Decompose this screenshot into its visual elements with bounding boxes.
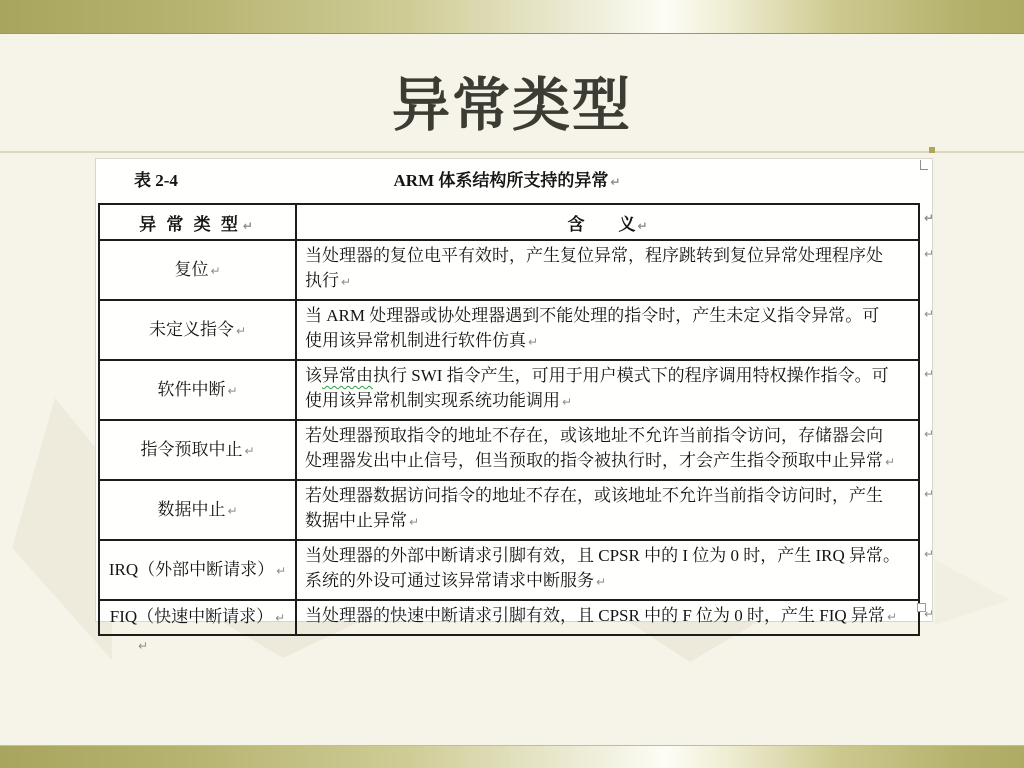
exception-meaning-text: 若处理器预取指令的地址不存在，或该地址不允许当前指令访问，存储器会向 (305, 426, 883, 445)
after-table-paragraph: ↵ (136, 639, 932, 655)
slide: 异常类型 表 2-4 ARM 体系结构所支持的异常↵ 异 常 类 型↵ 含 义↵… (0, 0, 1024, 768)
exception-type-cell: 复位↵ (99, 240, 296, 300)
paragraph-mark-icon: ↵ (528, 335, 538, 349)
exception-type-cell: FIQ（快速中断请求）↵ (99, 600, 296, 635)
exception-meaning-text: 系统的外设可通过该异常请求中断服务 (305, 571, 594, 590)
row-end-mark-cell: ↵ (919, 300, 933, 360)
exception-type-cell: IRQ（外部中断请求）↵ (99, 540, 296, 600)
exception-type-text: IRQ（外部中断请求） (109, 560, 274, 579)
exception-meaning-text: 执行 SWI 指令产生，可用于用户模式下的程序调用特权操作指令。可 (373, 366, 889, 385)
exception-type-text: 指令预取中止 (140, 440, 242, 459)
paragraph-mark-icon: ↵ (341, 275, 351, 289)
paragraph-mark-icon: ↵ (244, 444, 254, 458)
row-end-mark-icon: ↵ (924, 547, 934, 561)
table-caption-title-text: ARM 体系结构所支持的异常 (394, 171, 609, 190)
row-end-mark-icon: ↵ (924, 211, 934, 225)
paragraph-mark-icon: ↵ (887, 610, 897, 624)
exception-type-cell: 指令预取中止↵ (99, 420, 296, 480)
exception-meaning-cell: 该异常由执行 SWI 指令产生，可用于用户模式下的程序调用特权操作指令。可使用该… (296, 360, 919, 420)
table-row: FIQ（快速中断请求）↵当处理器的快速中断请求引脚有效，且 CPSR 中的 F … (99, 600, 933, 635)
exception-type-text: 软件中断 (157, 380, 225, 399)
paragraph-mark-icon: ↵ (610, 175, 620, 189)
word-document-screenshot: 表 2-4 ARM 体系结构所支持的异常↵ 异 常 类 型↵ 含 义↵ ↵ 复位… (95, 158, 933, 622)
column-header-type-text: 异 常 类 型 (139, 215, 241, 234)
row-end-mark-icon: ↵ (924, 247, 934, 261)
exception-type-text: 未定义指令 (149, 320, 234, 339)
bottom-accent-bar (0, 745, 1024, 768)
exception-meaning-text: 异常由 (322, 366, 373, 385)
paragraph-mark-icon: ↵ (409, 515, 419, 529)
table-row: 未定义指令↵当 ARM 处理器或协处理器遇到不能处理的指令时，产生未定义指令异常… (99, 300, 933, 360)
paragraph-mark-icon: ↵ (885, 455, 895, 469)
exception-type-text: 复位 (174, 260, 208, 279)
row-end-mark-cell: ↵ (919, 360, 933, 420)
table-row: 软件中断↵该异常由执行 SWI 指令产生，可用于用户模式下的程序调用特权操作指令… (99, 360, 933, 420)
exception-type-text: FIQ（快速中断请求） (110, 607, 273, 626)
exception-meaning-text: 当处理器的外部中断请求引脚有效，且 CPSR 中的 I 位为 0 时，产生 IR… (305, 546, 900, 565)
exception-meaning-cell: 当 ARM 处理器或协处理器遇到不能处理的指令时，产生未定义指令异常。可使用该异… (296, 300, 919, 360)
exception-meaning-cell: 若处理器预取指令的地址不存在，或该地址不允许当前指令访问，存储器会向处理器发出中… (296, 420, 919, 480)
table-caption: 表 2-4 ARM 体系结构所支持的异常↵ (96, 159, 932, 203)
column-header-meaning-text: 含 义 (567, 215, 635, 234)
exception-meaning-text: 使用该异常机制进行软件仿真 (305, 331, 526, 350)
table-row: 复位↵当处理器的复位电平有效时，产生复位异常，程序跳转到复位异常处理程序处执行↵… (99, 240, 933, 300)
top-accent-bar (0, 0, 1024, 34)
exception-type-text: 数据中止 (157, 500, 225, 519)
exception-meaning-text: 该 (305, 366, 322, 385)
exception-meaning-cell: 当处理器的外部中断请求引脚有效，且 CPSR 中的 I 位为 0 时，产生 IR… (296, 540, 919, 600)
table-row: 指令预取中止↵若处理器预取指令的地址不存在，或该地址不允许当前指令访问，存储器会… (99, 420, 933, 480)
exception-type-cell: 数据中止↵ (99, 480, 296, 540)
paragraph-mark-icon: ↵ (227, 384, 237, 398)
paragraph-mark-icon: ↵ (236, 324, 246, 338)
row-end-mark-cell: ↵ (919, 540, 933, 600)
exception-meaning-text: 若处理器数据访问指令的地址不存在，或该地址不允许当前指令访问时，产生 (305, 486, 883, 505)
arm-exceptions-table: 异 常 类 型↵ 含 义↵ ↵ 复位↵当处理器的复位电平有效时，产生复位异常，程… (98, 203, 934, 636)
row-end-mark-cell: ↵ (919, 204, 933, 240)
row-end-mark-icon: ↵ (924, 367, 934, 381)
exception-meaning-text: 当 ARM 处理器或协处理器遇到不能处理的指令时，产生未定义指令异常。可 (305, 306, 879, 325)
row-end-mark-cell: ↵ (919, 480, 933, 540)
exception-meaning-text: 数据中止异常 (305, 511, 407, 530)
exception-meaning-text: 处理器发出中止信号，但当预取的指令被执行时，才会产生指令预取中止异常 (305, 451, 883, 470)
row-end-mark-cell: ↵ (919, 240, 933, 300)
paragraph-mark-icon: ↵ (227, 504, 237, 518)
row-end-mark-cell: ↵ (919, 420, 933, 480)
paragraph-mark-icon: ↵ (276, 564, 286, 578)
row-end-mark-icon: ↵ (924, 487, 934, 501)
exception-meaning-cell: 当处理器的复位电平有效时，产生复位异常，程序跳转到复位异常处理程序处执行↵ (296, 240, 919, 300)
table-caption-title: ARM 体系结构所支持的异常↵ (96, 159, 918, 204)
paragraph-mark-icon: ↵ (596, 575, 606, 589)
row-end-mark-icon: ↵ (924, 307, 934, 321)
exception-meaning-text: 当处理器的快速中断请求引脚有效，且 CPSR 中的 F 位为 0 时，产生 FI… (305, 606, 885, 625)
exception-type-cell: 未定义指令↵ (99, 300, 296, 360)
paragraph-mark-icon: ↵ (562, 395, 572, 409)
title-divider (0, 151, 1024, 153)
divider-end-mark (929, 147, 935, 153)
exception-type-cell: 软件中断↵ (99, 360, 296, 420)
paragraph-mark-icon: ↵ (275, 611, 285, 625)
resize-handle-mark (917, 603, 926, 612)
paragraph-mark-icon: ↵ (637, 219, 647, 233)
row-end-mark-icon: ↵ (924, 427, 934, 441)
slide-title: 异常类型 (0, 58, 1024, 142)
exception-meaning-text: 当处理器的复位电平有效时，产生复位异常，程序跳转到复位异常处理程序处 (305, 246, 883, 265)
exception-meaning-cell: 当处理器的快速中断请求引脚有效，且 CPSR 中的 F 位为 0 时，产生 FI… (296, 600, 919, 635)
table-row: 数据中止↵若处理器数据访问指令的地址不存在，或该地址不允许当前指令访问时，产生数… (99, 480, 933, 540)
paragraph-mark-icon: ↵ (210, 264, 220, 278)
exception-meaning-text: 使用该异常机制实现系统功能调用 (305, 391, 560, 410)
paragraph-mark-icon: ↵ (243, 219, 256, 233)
table-row: IRQ（外部中断请求）↵当处理器的外部中断请求引脚有效，且 CPSR 中的 I … (99, 540, 933, 600)
paragraph-mark-icon: ↵ (138, 639, 148, 653)
column-header-type: 异 常 类 型↵ (99, 204, 296, 240)
exception-meaning-cell: 若处理器数据访问指令的地址不存在，或该地址不允许当前指令访问时，产生数据中止异常… (296, 480, 919, 540)
exception-meaning-text: 执行 (305, 271, 339, 290)
column-header-meaning: 含 义↵ (296, 204, 919, 240)
header-row: 异 常 类 型↵ 含 义↵ ↵ (99, 204, 933, 240)
